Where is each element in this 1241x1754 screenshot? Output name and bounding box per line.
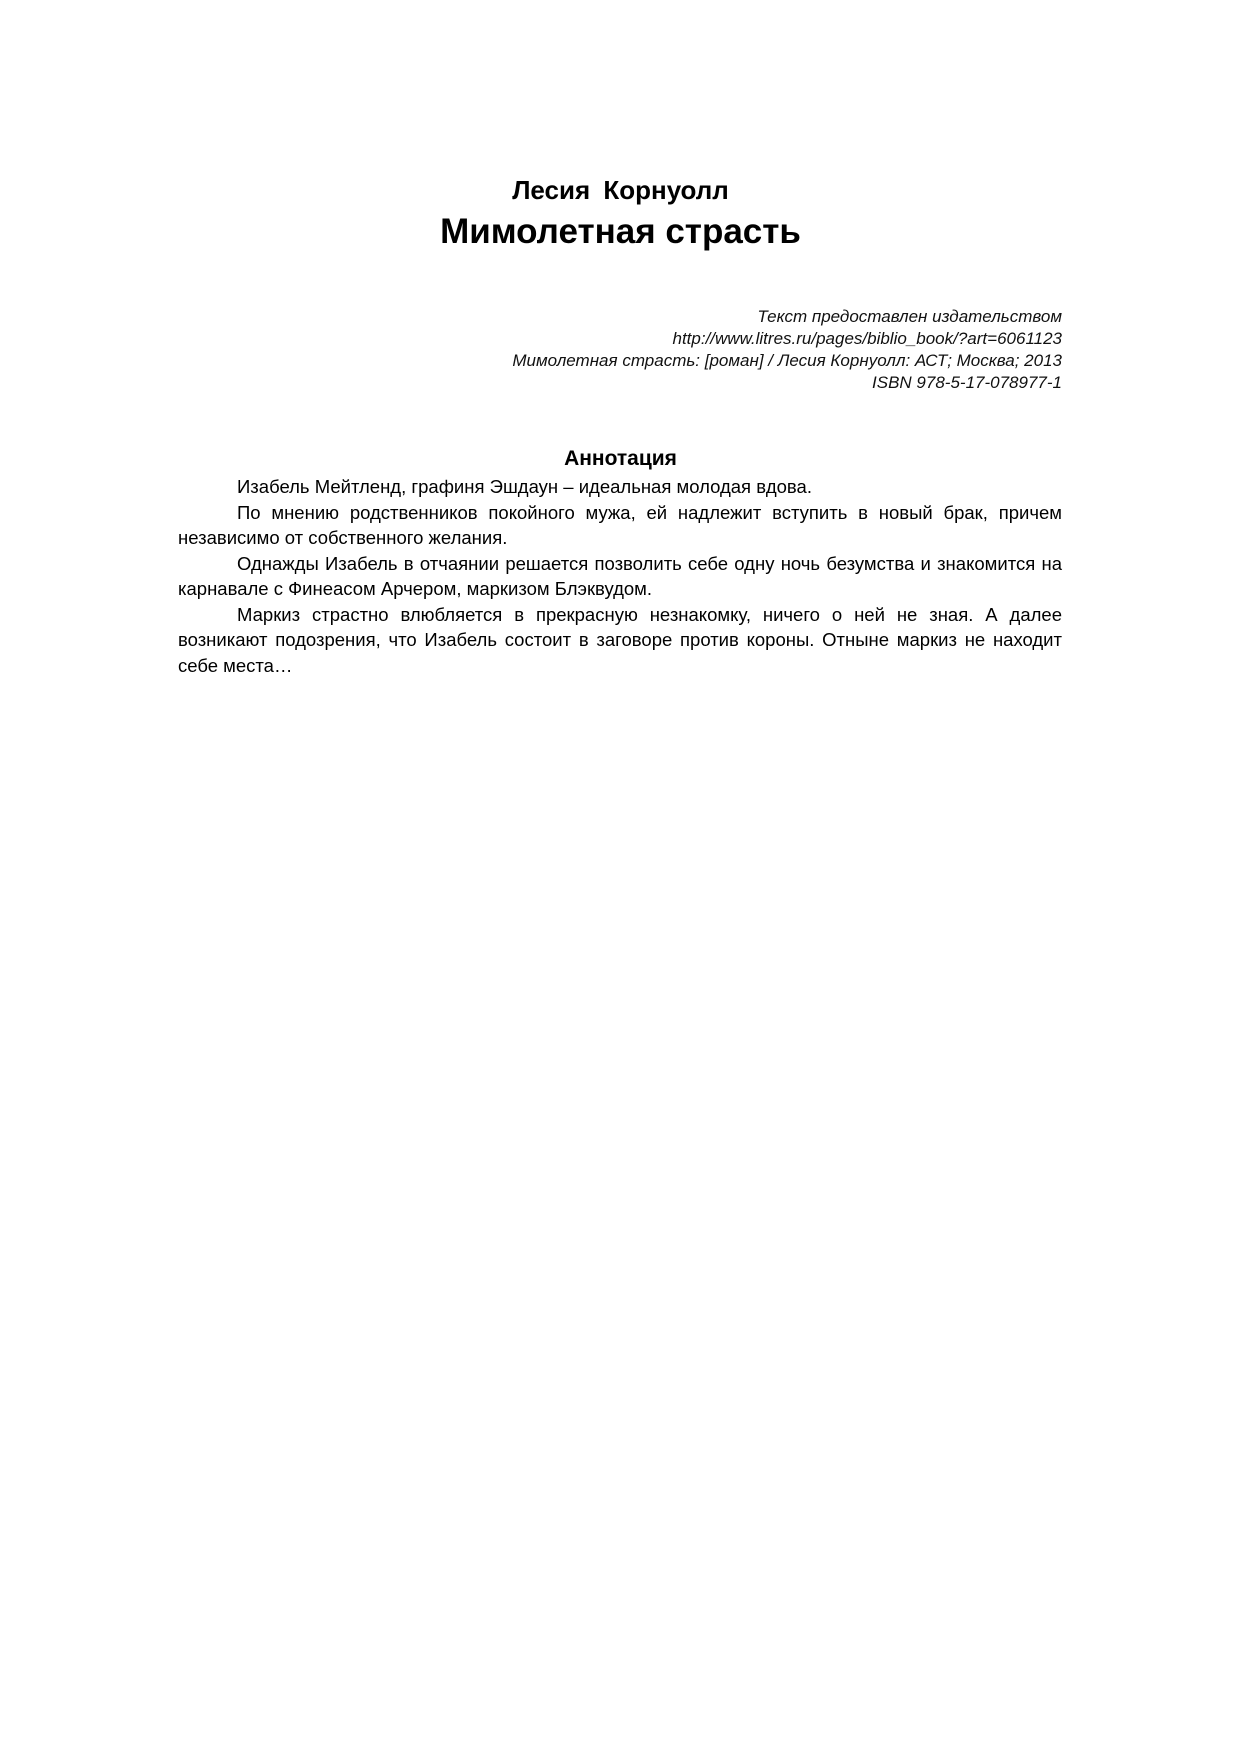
isbn: ISBN 978-5-17-078977-1: [512, 372, 1062, 394]
publisher-note: Текст предоставлен издательством: [512, 306, 1062, 328]
annotation-body: Изабель Мейтленд, графиня Эшдаун – идеал…: [178, 474, 1062, 678]
book-author: Лесия Корнуолл: [0, 174, 1241, 206]
annotation-paragraph: Маркиз страстно влюбляется в прекрасную …: [178, 602, 1062, 679]
annotation-paragraph: Изабель Мейтленд, графиня Эшдаун – идеал…: [178, 474, 1062, 500]
publication-info: Текст предоставлен издательством http://…: [512, 306, 1062, 394]
book-title: Мимолетная страсть: [0, 210, 1241, 254]
source-url: http://www.litres.ru/pages/biblio_book/?…: [512, 328, 1062, 350]
bibliographic-record: Мимолетная страсть: [роман] / Лесия Корн…: [512, 350, 1062, 372]
annotation-paragraph: Однажды Изабель в отчаянии решается позв…: [178, 551, 1062, 602]
annotation-heading: Аннотация: [0, 446, 1241, 472]
annotation-paragraph: По мнению родственников покойного мужа, …: [178, 500, 1062, 551]
